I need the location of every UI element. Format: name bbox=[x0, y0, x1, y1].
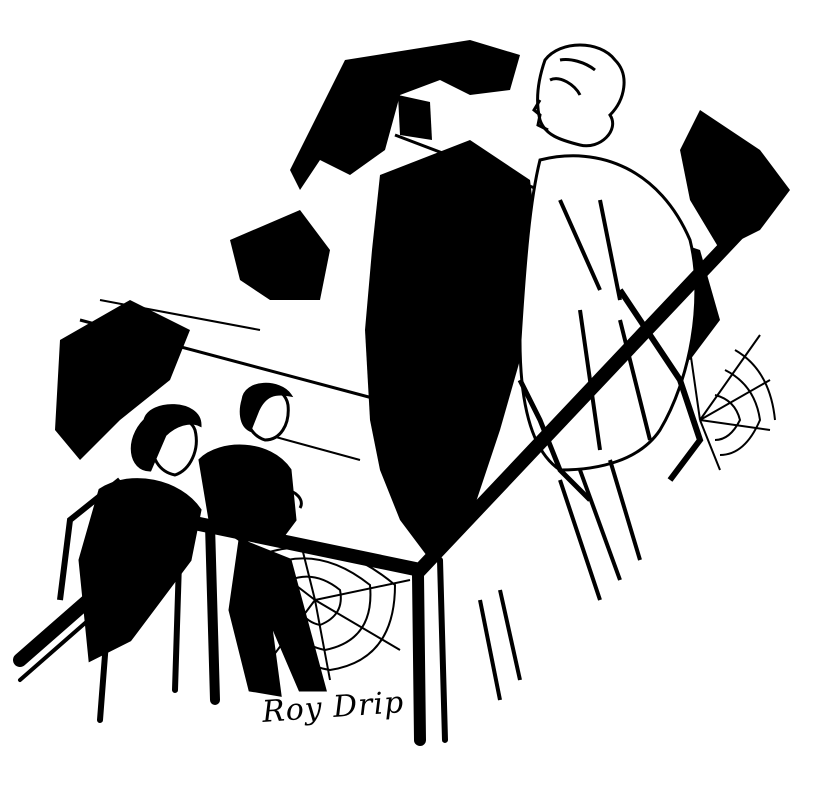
hatching bbox=[480, 460, 640, 700]
illustration bbox=[0, 0, 824, 800]
cobweb-right bbox=[690, 335, 775, 470]
